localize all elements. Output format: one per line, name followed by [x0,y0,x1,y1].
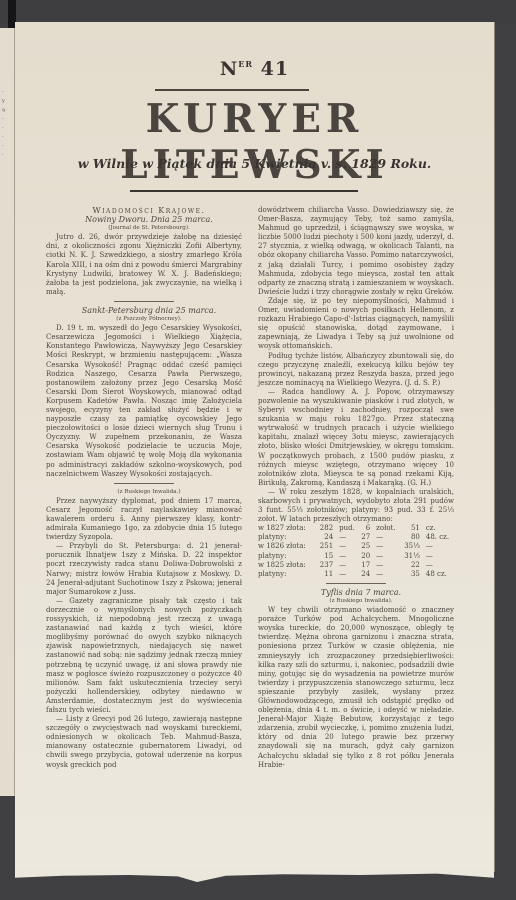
table-row: platyny: 24 — 27 — 80 48. cz. [258,533,454,542]
masthead-rule-bottom [130,190,358,192]
article-source: (z Ruskiego Inwalida.) [46,488,242,497]
right-column: dowództwem chiliarcha Vasso. Dowiedziaws… [258,206,454,770]
table-cell: — [376,533,399,542]
masthead-rule-top [155,89,309,91]
table-cell: 251 [316,542,339,551]
section-heading: Wiadomości Krajowe. [46,206,242,215]
table-cell: 6 [358,524,376,533]
table-cell: — [339,542,358,551]
table-cell: pud. [339,524,358,533]
table-cell: — [339,561,358,570]
table-cell: — [339,533,358,542]
table-row: platyny: 15 — 20 — 31⅓ — [258,552,454,561]
table-cell: 237 [316,561,339,570]
masthead-dateline: w Wilnie w Piątek dnia 5 Kwietnia v. s. … [15,156,494,171]
article-continuation: dowództwem chiliarcha Vasso. Dowiedziaws… [258,206,454,297]
article-divider [326,583,386,584]
article-source: (z Pszczoły Północney). [46,315,242,324]
article-source: (Journal de St. Petersbourg). [46,224,242,233]
issue-sup: ER [238,59,253,69]
table-cell: platyny: [258,533,316,542]
table-cell: — [376,552,399,561]
table-cell: platyny: [258,570,316,579]
table-cell: w 1826 złota: [258,542,316,551]
article-text: W tey chwili otrzymano wiadomość o znacz… [258,606,454,770]
article-paragraph: Podług tychże listów, Albańczycy zbuntow… [258,352,454,388]
table-cell: 80 [400,533,426,542]
article-paragraph: — W roku zeszłym 1828, w kopalniach ural… [258,488,454,524]
table-cell: 35 [400,570,426,579]
table-cell: — [426,552,454,561]
table-cell: 27 [358,533,376,542]
table-cell: 17 [358,561,376,570]
table-cell: 48 cz. [426,570,454,579]
left-column: Wiadomości Krajowe. Nowiny Dworu. Dnia 2… [46,206,242,770]
article-paragraph: Przez naywyższy dyplomat, pod dniem 17 m… [46,497,242,542]
newspaper-page: NER 41 KURYER LITEWSKI w Wilnie w Piątek… [15,22,494,872]
table-cell: 282 [316,524,339,533]
table-cell: — [376,542,399,551]
article-paragraph: — Radca handlowy A. J. Popow, otrzymawsz… [258,388,454,488]
table-cell: 24 [358,570,376,579]
gold-platinum-table: w 1827 złota: 282 pud. 6 zołot. 51 cz. p… [258,524,454,579]
article-text: Jutro d. 26, dwór przywdzieje żałobę na … [46,233,242,297]
table-row: platyny: 11 — 24 — 35 48 cz. [258,570,454,579]
table-cell: cz. [426,524,454,533]
article-paragraph: Zdaje się, iż po tey niepomyślności, Mah… [258,297,454,352]
table-cell: — [426,561,454,570]
previous-page-edge: ·yą-···· [0,28,15,796]
table-cell: — [426,542,454,551]
scan-background [0,0,516,24]
table-cell: 22 [400,561,426,570]
table-cell: zołot. [376,524,399,533]
table-cell: 11 [316,570,339,579]
table-row: w 1827 złota: 282 pud. 6 zołot. 51 cz. [258,524,454,533]
table-cell: 31⅓ [400,552,426,561]
table-cell: — [376,561,399,570]
table-cell: w 1827 złota: [258,524,316,533]
table-cell: platyny: [258,552,316,561]
newspaper-title: KURYER LITEWSKI [15,96,494,188]
article-dateline: Sankt-Petersburg dnia 25 marca. [46,306,242,315]
article-paragraph: — Gazety zagraniczne pisały tak często i… [46,597,242,715]
article-divider [114,483,174,484]
previous-page-text-fragment: ·yą-···· [2,88,10,160]
table-row: w 1826 złota: 251 — 25 — 35⅓ — [258,542,454,551]
issue-number: NER 41 [15,58,494,80]
table-cell: 25 [358,542,376,551]
article-paragraph: — Przybyli do St. Petersburga: d. 21 jen… [46,542,242,597]
article-dateline: Tyflis dnia 7 marca. [258,588,454,597]
table-cell: — [339,552,358,561]
article-source: (z Ruskiego Inwalida). [258,597,454,606]
table-cell: 24 [316,533,339,542]
table-cell: — [339,570,358,579]
article-dateline: Nowiny Dworu. Dnia 25 marca. [46,215,242,224]
issue-number-value: 41 [261,58,289,80]
article-paragraph: — Listy z Grecyi pod 26 lutego, zawieraj… [46,715,242,770]
article-text: D. 19 t. m. wyszedł do Jego Cesarskiey W… [46,324,242,479]
table-cell: — [376,570,399,579]
issue-label: N [220,58,238,80]
table-cell: 51 [400,524,426,533]
table-cell: 15 [316,552,339,561]
table-cell: 48. cz. [426,533,454,542]
table-cell: 20 [358,552,376,561]
table-row: w 1825 złota: 237 — 17 — 22 — [258,561,454,570]
article-divider [114,301,174,302]
table-cell: w 1825 złota: [258,561,316,570]
table-cell: 35⅓ [400,542,426,551]
